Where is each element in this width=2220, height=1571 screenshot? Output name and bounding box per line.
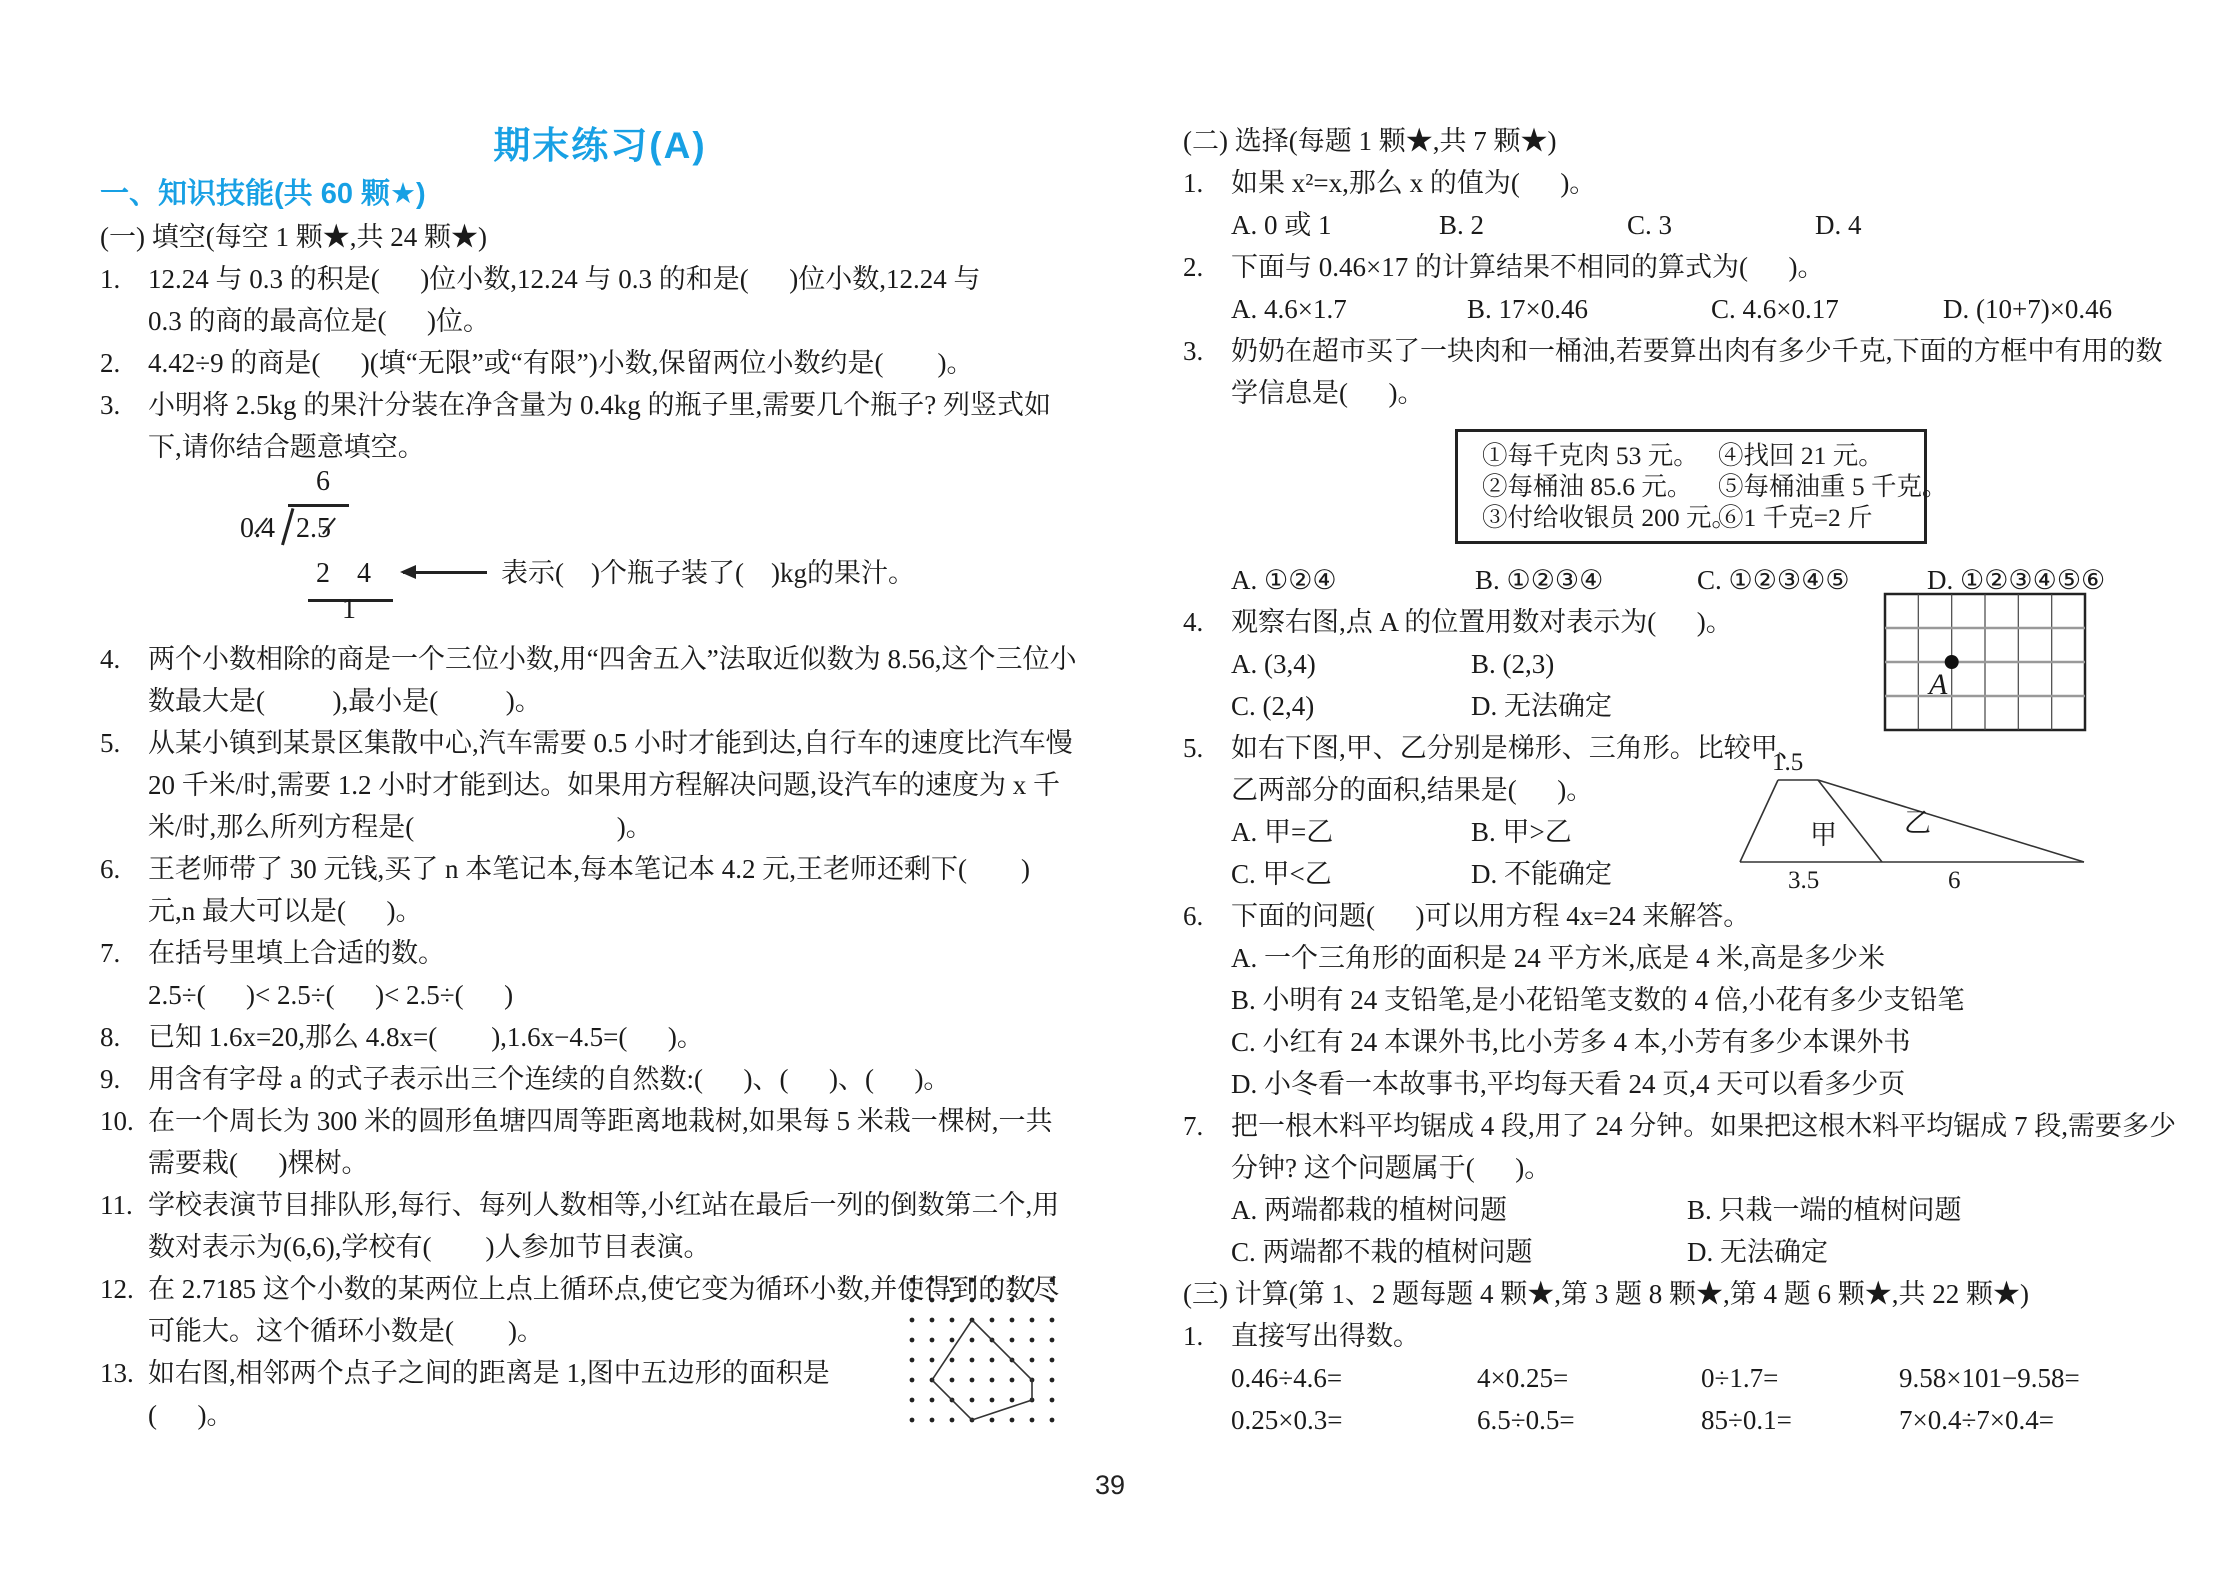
question-line: 奶奶在超市买了一块肉和一桶油,若要算出肉有多少千克,下面的方框中有用的数 [1231,330,2193,372]
question-line: 0.3 的商的最高位是( )位。 [148,300,1100,342]
question-line: 2.5÷( )< 2.5÷( )< 2.5÷( ) [148,974,1100,1016]
section-3-header: (三) 计算(第 1、2 题每题 4 颗★,第 3 题 8 颗★,第 4 题 6… [1183,1273,2193,1315]
question-line: 学校表演节目排队形,每行、每列人数相等,小红站在最后一列的倒数第二个,用 [148,1184,1100,1226]
question-number: 2. [1183,246,1203,288]
question-number: 4. [1183,601,1203,643]
division-partial-row: 2 4表示( )个瓶子装了( )kg的果汁。 [308,550,915,596]
question-number: 7. [1183,1105,1203,1147]
option-b: B. 小明有 24 支铅笔,是小花铅笔支数的 4 倍,小花有多少支铅笔 [1231,979,2193,1021]
top-base-label: 1.5 [1772,750,1803,776]
question-8: 8. 已知 1.6x=20,那么 4.8x=( ),1.6x−4.5=( )。 [100,1016,1100,1058]
division-quotient: 6 [316,466,330,498]
calc-item: 0÷1.7= [1701,1357,1899,1399]
choice-question-1: 1. 如果 x²=x,那么 x 的值为( )。 A. 0 或 1 B. 2 C.… [1183,162,2193,246]
question-line: 在括号里填上合适的数。 [148,932,1100,974]
question-2: 2. 4.42÷9 的商是( )(填“无限”或“有限”)小数,保留两位小数约是(… [100,342,1100,384]
question-number: 3. [1183,330,1203,372]
question-line: 米/时,那么所列方程是( )。 [148,806,1100,848]
question-line: 数对表示为(6,6),学校有( )人参加节目表演。 [148,1226,1100,1268]
question-number: 5. [1183,727,1203,769]
long-division-figure: 6 0.42.5 2 4表示( )个瓶子装了( )kg的果汁。 1 [100,468,1100,638]
point-a-label: A [1927,668,1948,701]
left-column: 期末练习(A) 一、知识技能(共 60 颗★) (一) 填空(每空 1 颗★,共… [100,120,1100,1436]
question-9: 9. 用含有字母 a 的式子表示出三个连续的自然数:( )、( )、( )。 [100,1058,1100,1100]
question-number: 3. [100,384,120,426]
info-item: ①每千克肉 53 元。 [1482,440,1718,471]
page-title: 期末练习(A) [100,120,1100,172]
question-7: 7. 在括号里填上合适的数。 2.5÷( )< 2.5÷( )< 2.5÷( ) [100,932,1100,1016]
calc-row: 0.25×0.3= 6.5÷0.5= 85÷0.1= 7×0.4÷7×0.4= [1231,1399,2193,1441]
coordinate-grid-figure: A [1883,592,2087,732]
question-line: 学信息是( )。 [1231,372,2193,414]
info-item: ②每桶油 85.6 元。 [1482,471,1718,502]
calc-item: 0.46÷4.6= [1231,1357,1477,1399]
option-a: A. 两端都栽的植树问题 [1231,1189,1687,1231]
calc-item: 7×0.4÷7×0.4= [1899,1399,2193,1441]
question-number: 8. [100,1016,120,1058]
question-line: 分钟? 这个问题属于( )。 [1231,1147,2193,1189]
question-3: 3. 小明将 2.5kg 的果汁分装在净含量为 0.4kg 的瓶子里,需要几个瓶… [100,384,1100,468]
question-line: 元,n 最大可以是( )。 [148,890,1100,932]
question-line: 下面与 0.46×17 的计算结果不相同的算式为( )。 [1231,246,2193,288]
options-row: C. 两端都不栽的植树问题 D. 无法确定 [1231,1231,2193,1273]
question-number: 6. [1183,895,1203,937]
choice-question-2: 2. 下面与 0.46×17 的计算结果不相同的算式为( )。 A. 4.6×1… [1183,246,2193,330]
division-main-row: 0.42.5 [240,504,349,548]
question-line: 直接写出得数。 [1231,1315,2193,1357]
options-row: A. 0 或 1 B. 2 C. 3 D. 4 [1231,204,2193,246]
question-line: 用含有字母 a 的式子表示出三个连续的自然数:( )、( )、( )。 [148,1058,1100,1100]
question-number: 1. [100,258,120,300]
option-c: C. 4.6×0.17 [1711,288,1943,330]
question-line: 12.24 与 0.3 的积是( )位小数,12.24 与 0.3 的和是( )… [148,258,1100,300]
question-line: 下面的问题( )可以用方程 4x=24 来解答。 [1231,895,2193,937]
calc-item: 85÷0.1= [1701,1399,1899,1441]
question-line: 数最大是( ),最小是( )。 [148,680,1100,722]
option-c: C. 3 [1627,204,1815,246]
question-line: 下,请你结合题意填空。 [148,426,1100,468]
right-base-label: 6 [1948,867,1961,892]
division-remainder: 1 [342,594,356,626]
question-line: 需要栽( )棵树。 [148,1142,1100,1184]
info-item: ④找回 21 元。 [1718,440,1948,471]
option-b: B. 只栽一端的植树问题 [1687,1189,2193,1231]
subsection-1-header: (一) 填空(每空 1 颗★,共 24 颗★) [100,216,1100,258]
left-arrow-icon [403,571,487,574]
division-note: 表示( )个瓶子装了( )kg的果汁。 [501,558,915,588]
info-item: ③付给收银员 200 元。 [1482,502,1718,533]
question-10: 10. 在一个周长为 300 米的圆形鱼塘四周等距离地栽树,如果每 5 米栽一棵… [100,1100,1100,1184]
question-number: 4. [100,638,120,680]
question-line: 从某小镇到某景区集散中心,汽车需要 0.5 小时才能到达,自行车的速度比汽车慢 [148,722,1100,764]
info-box: ①每千克肉 53 元。 ②每桶油 85.6 元。 ③付给收银员 200 元。 ④… [1455,429,1927,544]
choice-question-6: 6. 下面的问题( )可以用方程 4x=24 来解答。 A. 一个三角形的面积是… [1183,895,2193,1105]
question-line: 如果 x²=x,那么 x 的值为( )。 [1231,162,2193,204]
question-number: 1. [1183,1315,1203,1357]
question-number: 7. [100,932,120,974]
worksheet-page: 期末练习(A) 一、知识技能(共 60 颗★) (一) 填空(每空 1 颗★,共… [0,0,2220,1571]
question-6: 6. 王老师带了 30 元钱,买了 n 本笔记本,每本笔记本 4.2 元,王老师… [100,848,1100,932]
question-line: 4.42÷9 的商是( )(填“无限”或“有限”)小数,保留两位小数约是( )。 [148,342,1100,384]
option-b: B. 17×0.46 [1467,288,1711,330]
page-number: 39 [0,1470,2220,1501]
question-number: 5. [100,722,120,764]
question-11: 11. 学校表演节目排队形,每行、每列人数相等,小红站在最后一列的倒数第二个,用… [100,1184,1100,1268]
question-4: 4. 两个小数相除的商是一个三位小数,用“四舍五入”法取近似数为 8.56,这个… [100,638,1100,722]
option-a: A. 甲=乙 [1231,811,1471,853]
question-number: 11. [100,1184,133,1226]
question-number: 2. [100,342,120,384]
dot-grid-pentagon-figure [906,1274,1066,1434]
question-line: 王老师带了 30 元钱,买了 n 本笔记本,每本笔记本 4.2 元,王老师还剩下… [148,848,1100,890]
calc-row: 0.46÷4.6= 4×0.25= 0÷1.7= 9.58×101−9.58= [1231,1357,2193,1399]
calc-item: 6.5÷0.5= [1477,1399,1701,1441]
option-a: A. 一个三角形的面积是 24 平方米,底是 4 米,高是多少米 [1231,937,2193,979]
point-a-dot [1945,655,1959,669]
dot-grid [910,1278,1055,1423]
question-line: 已知 1.6x=20,那么 4.8x=( ),1.6x−4.5=( )。 [148,1016,1100,1058]
pentagon-outline [932,1320,1032,1420]
division-dividend: 2.5 [288,504,349,551]
question-number: 10. [100,1100,134,1142]
option-c: C. 甲<乙 [1231,853,1471,895]
question-line: 把一根木料平均锯成 4 段,用了 24 分钟。如果把这根木料平均锯成 7 段,需… [1231,1105,2193,1147]
question-1: 1. 12.24 与 0.3 的积是( )位小数,12.24 与 0.3 的和是… [100,258,1100,342]
option-b: B. 2 [1439,204,1627,246]
option-a: A. 4.6×1.7 [1231,288,1467,330]
trapezoid-triangle-figure: 1.5 甲 乙 3.5 6 [1736,750,2092,892]
left-base-label: 3.5 [1788,867,1819,892]
question-line: 20 千米/时,需要 1.2 小时才能到达。如果用方程解决问题,设汽车的速度为 … [148,764,1100,806]
question-line: 在一个周长为 300 米的圆形鱼塘四周等距离地栽树,如果每 5 米栽一棵树,一共 [148,1100,1100,1142]
info-item: ⑥1 千克=2 斤 [1718,502,1948,533]
choice-question-3: 3. 奶奶在超市买了一块肉和一桶油,若要算出肉有多少千克,下面的方框中有用的数 … [1183,330,2193,601]
question-number: 6. [100,848,120,890]
question-line: 小明将 2.5kg 的果汁分装在净含量为 0.4kg 的瓶子里,需要几个瓶子? … [148,384,1100,426]
question-number: 12. [100,1268,134,1310]
section-2-header: (二) 选择(每题 1 颗★,共 7 颗★) [1183,120,2193,162]
question-number: 13. [100,1352,134,1394]
region-yi-label: 乙 [1904,808,1931,838]
question-number: 9. [100,1058,120,1100]
calc-item: 4×0.25= [1477,1357,1701,1399]
section-1-header: 一、知识技能(共 60 颗★) [100,172,1100,216]
option-c: C. 两端都不栽的植树问题 [1231,1231,1687,1273]
calc-question-1: 1. 直接写出得数。 0.46÷4.6= 4×0.25= 0÷1.7= 9.58… [1183,1315,2193,1441]
option-b: B. ①②③④ [1475,559,1697,601]
question-line: 两个小数相除的商是一个三位小数,用“四舍五入”法取近似数为 8.56,这个三位小 [148,638,1100,680]
question-5: 5. 从某小镇到某景区集散中心,汽车需要 0.5 小时才能到达,自行车的速度比汽… [100,722,1100,848]
options-row: A. 两端都栽的植树问题 B. 只栽一端的植树问题 [1231,1189,2193,1231]
option-c: C. 小红有 24 本课外书,比小芳多 4 本,小芳有多少本课外书 [1231,1021,2193,1063]
option-a: A. (3,4) [1231,643,1471,685]
calc-item: 0.25×0.3= [1231,1399,1477,1441]
option-d: D. 无法确定 [1687,1231,2193,1273]
option-a: A. ①②④ [1231,559,1475,601]
option-d: D. 4 [1815,204,2193,246]
options-row: A. 4.6×1.7 B. 17×0.46 C. 4.6×0.17 D. (10… [1231,288,2193,330]
option-d: D. (10+7)×0.46 [1943,288,2193,330]
question-number: 1. [1183,162,1203,204]
option-d: D. 小冬看一本故事书,平均每天看 24 页,4 天可以看多少页 [1231,1063,2193,1105]
option-c: C. (2,4) [1231,685,1471,727]
option-a: A. 0 或 1 [1231,204,1439,246]
calc-item: 9.58×101−9.58= [1899,1357,2193,1399]
info-item: ⑤每桶油重 5 千克。 [1718,471,1948,502]
choice-question-7: 7. 把一根木料平均锯成 4 段,用了 24 分钟。如果把这根木料平均锯成 7 … [1183,1105,2193,1273]
region-jia-label: 甲 [1810,820,1837,850]
